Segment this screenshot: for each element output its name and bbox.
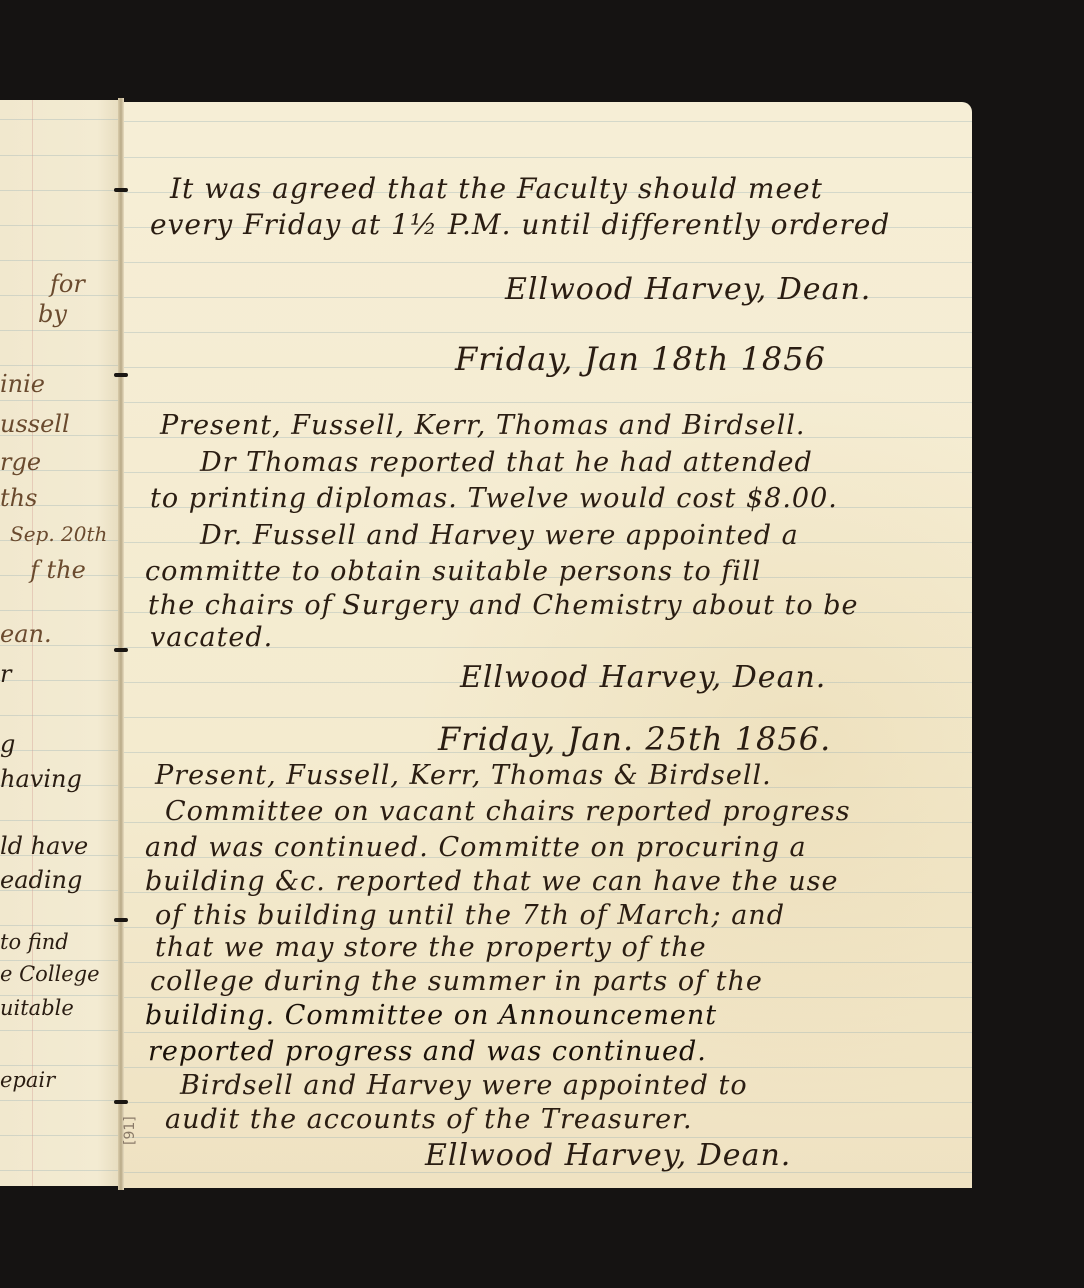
left-fragment: inie [0,370,45,398]
left-fragment: e College [0,962,100,986]
binding-stitch [114,918,128,922]
left-fragment: ld have [0,832,88,860]
left-fragment: by [38,300,67,328]
handwritten-line: Present, Fussell, Kerr, Thomas & Birdsel… [155,760,772,791]
handwritten-line: and was continued. Committe on procuring… [145,832,807,863]
handwritten-line: Dr. Fussell and Harvey were appointed a [200,520,799,551]
handwritten-line: reported progress and was continued. [148,1036,707,1067]
page-number: [91] [122,1116,138,1145]
dean-signature: Ellwood Harvey, Dean. [425,1138,791,1173]
left-fragment: ths [0,484,37,512]
handwritten-line: the chairs of Surgery and Chemistry abou… [148,590,859,621]
binding-stitch [114,188,128,192]
entry-date: Friday, Jan. 25th 1856. [438,720,831,758]
handwritten-line: college during the summer in parts of th… [150,966,763,997]
handwritten-line: that we may store the property of the [155,932,707,963]
left-fragment: to find [0,930,69,954]
binding-stitch [114,648,128,652]
left-fragment: epair [0,1068,55,1092]
handwritten-line: audit the accounts of the Treasurer. [165,1104,693,1135]
entry-date: Friday, Jan 18th 1856 [455,340,826,378]
handwritten-line: of this building until the 7th of March;… [155,900,785,931]
left-fragment: eading [0,866,82,894]
handwritten-line: Birdsell and Harvey were appointed to [180,1070,748,1101]
handwritten-line: It was agreed that the Faculty should me… [170,172,823,205]
handwritten-line: every Friday at 1½ P.M. until differentl… [150,208,890,241]
handwritten-line: to printing diplomas. Twelve would cost … [150,483,838,514]
handwritten-line: Committee on vacant chairs reported prog… [165,796,851,827]
handwritten-line: building &c. reported that we can have t… [145,866,838,897]
handwritten-line: Present, Fussell, Kerr, Thomas and Birds… [160,410,805,441]
binding-stitch [114,373,128,377]
left-fragment: ussell [0,410,70,438]
dean-signature: Ellwood Harvey, Dean. [505,272,871,307]
left-fragment: ean. [0,620,52,648]
book-gutter [118,98,124,1190]
left-fragment: uitable [0,996,74,1020]
handwritten-line: vacated. [150,622,273,653]
left-fragment: rge [0,448,41,476]
left-fragment: Sep. 20th [10,522,107,546]
dean-signature: Ellwood Harvey, Dean. [460,660,826,695]
left-fragment: for [50,270,85,298]
left-fragment: r [0,660,11,688]
handwritten-line: Dr Thomas reported that he had attended [200,447,813,478]
handwritten-line: committe to obtain suitable persons to f… [145,556,761,587]
left-fragment: g [0,730,15,758]
handwritten-line: building. Committee on Announcement [145,1000,717,1031]
binding-stitch [114,1100,128,1104]
left-fragment: f the [30,556,86,584]
left-fragment: having [0,765,82,793]
